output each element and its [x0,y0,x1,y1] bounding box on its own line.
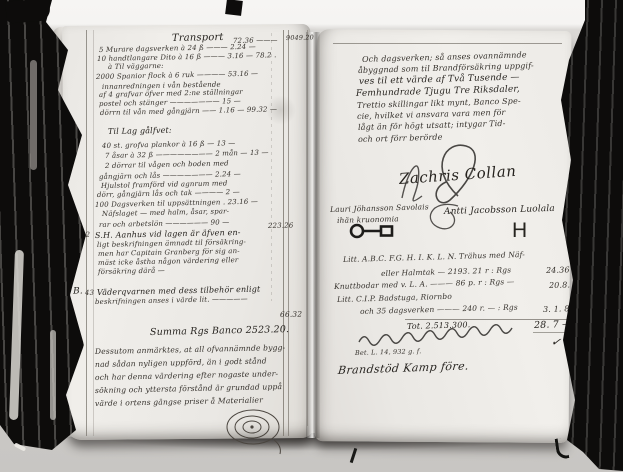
flourish-doodle [224,406,282,448]
amount-column-rule-2 [288,30,289,436]
accounting-total-line: Tot. 2.513.300. [407,320,471,331]
letter-h-mark: H [512,219,527,243]
total-underline [533,332,567,333]
scanned-ledger-photo: Transport 72.36 ——— 9049.20 5 Murare dag… [0,0,623,472]
book-spine-crease [306,32,320,438]
check-mark: ✓ [550,334,562,349]
edge-highlight [30,60,37,170]
edge-highlight [50,330,56,420]
margin-note-lit-b-number: 43 [85,289,94,297]
page-edge-rule [307,30,308,426]
dotted-column-rule [271,33,272,301]
top-edge-mark [225,0,243,16]
ledger-total: 223.26 [268,221,294,230]
ledger-line: à Til väggarne: [108,62,164,71]
ledger-line: Til Lag gålfvet: [108,126,172,136]
carry-value: 9049.20 [286,33,314,42]
key-icon [349,222,395,240]
accounting-amount: 20.8. [549,280,570,290]
paragraph-b-amount: 66.32 [280,310,302,319]
right-page-top-rule [333,43,562,44]
transport-header: Transport [172,32,224,44]
official-signature-scribble [357,331,522,347]
margin-rule-2 [93,30,94,436]
amount-column-rule-1 [283,30,284,436]
paragraph-line: försäkring därå — [98,267,165,276]
